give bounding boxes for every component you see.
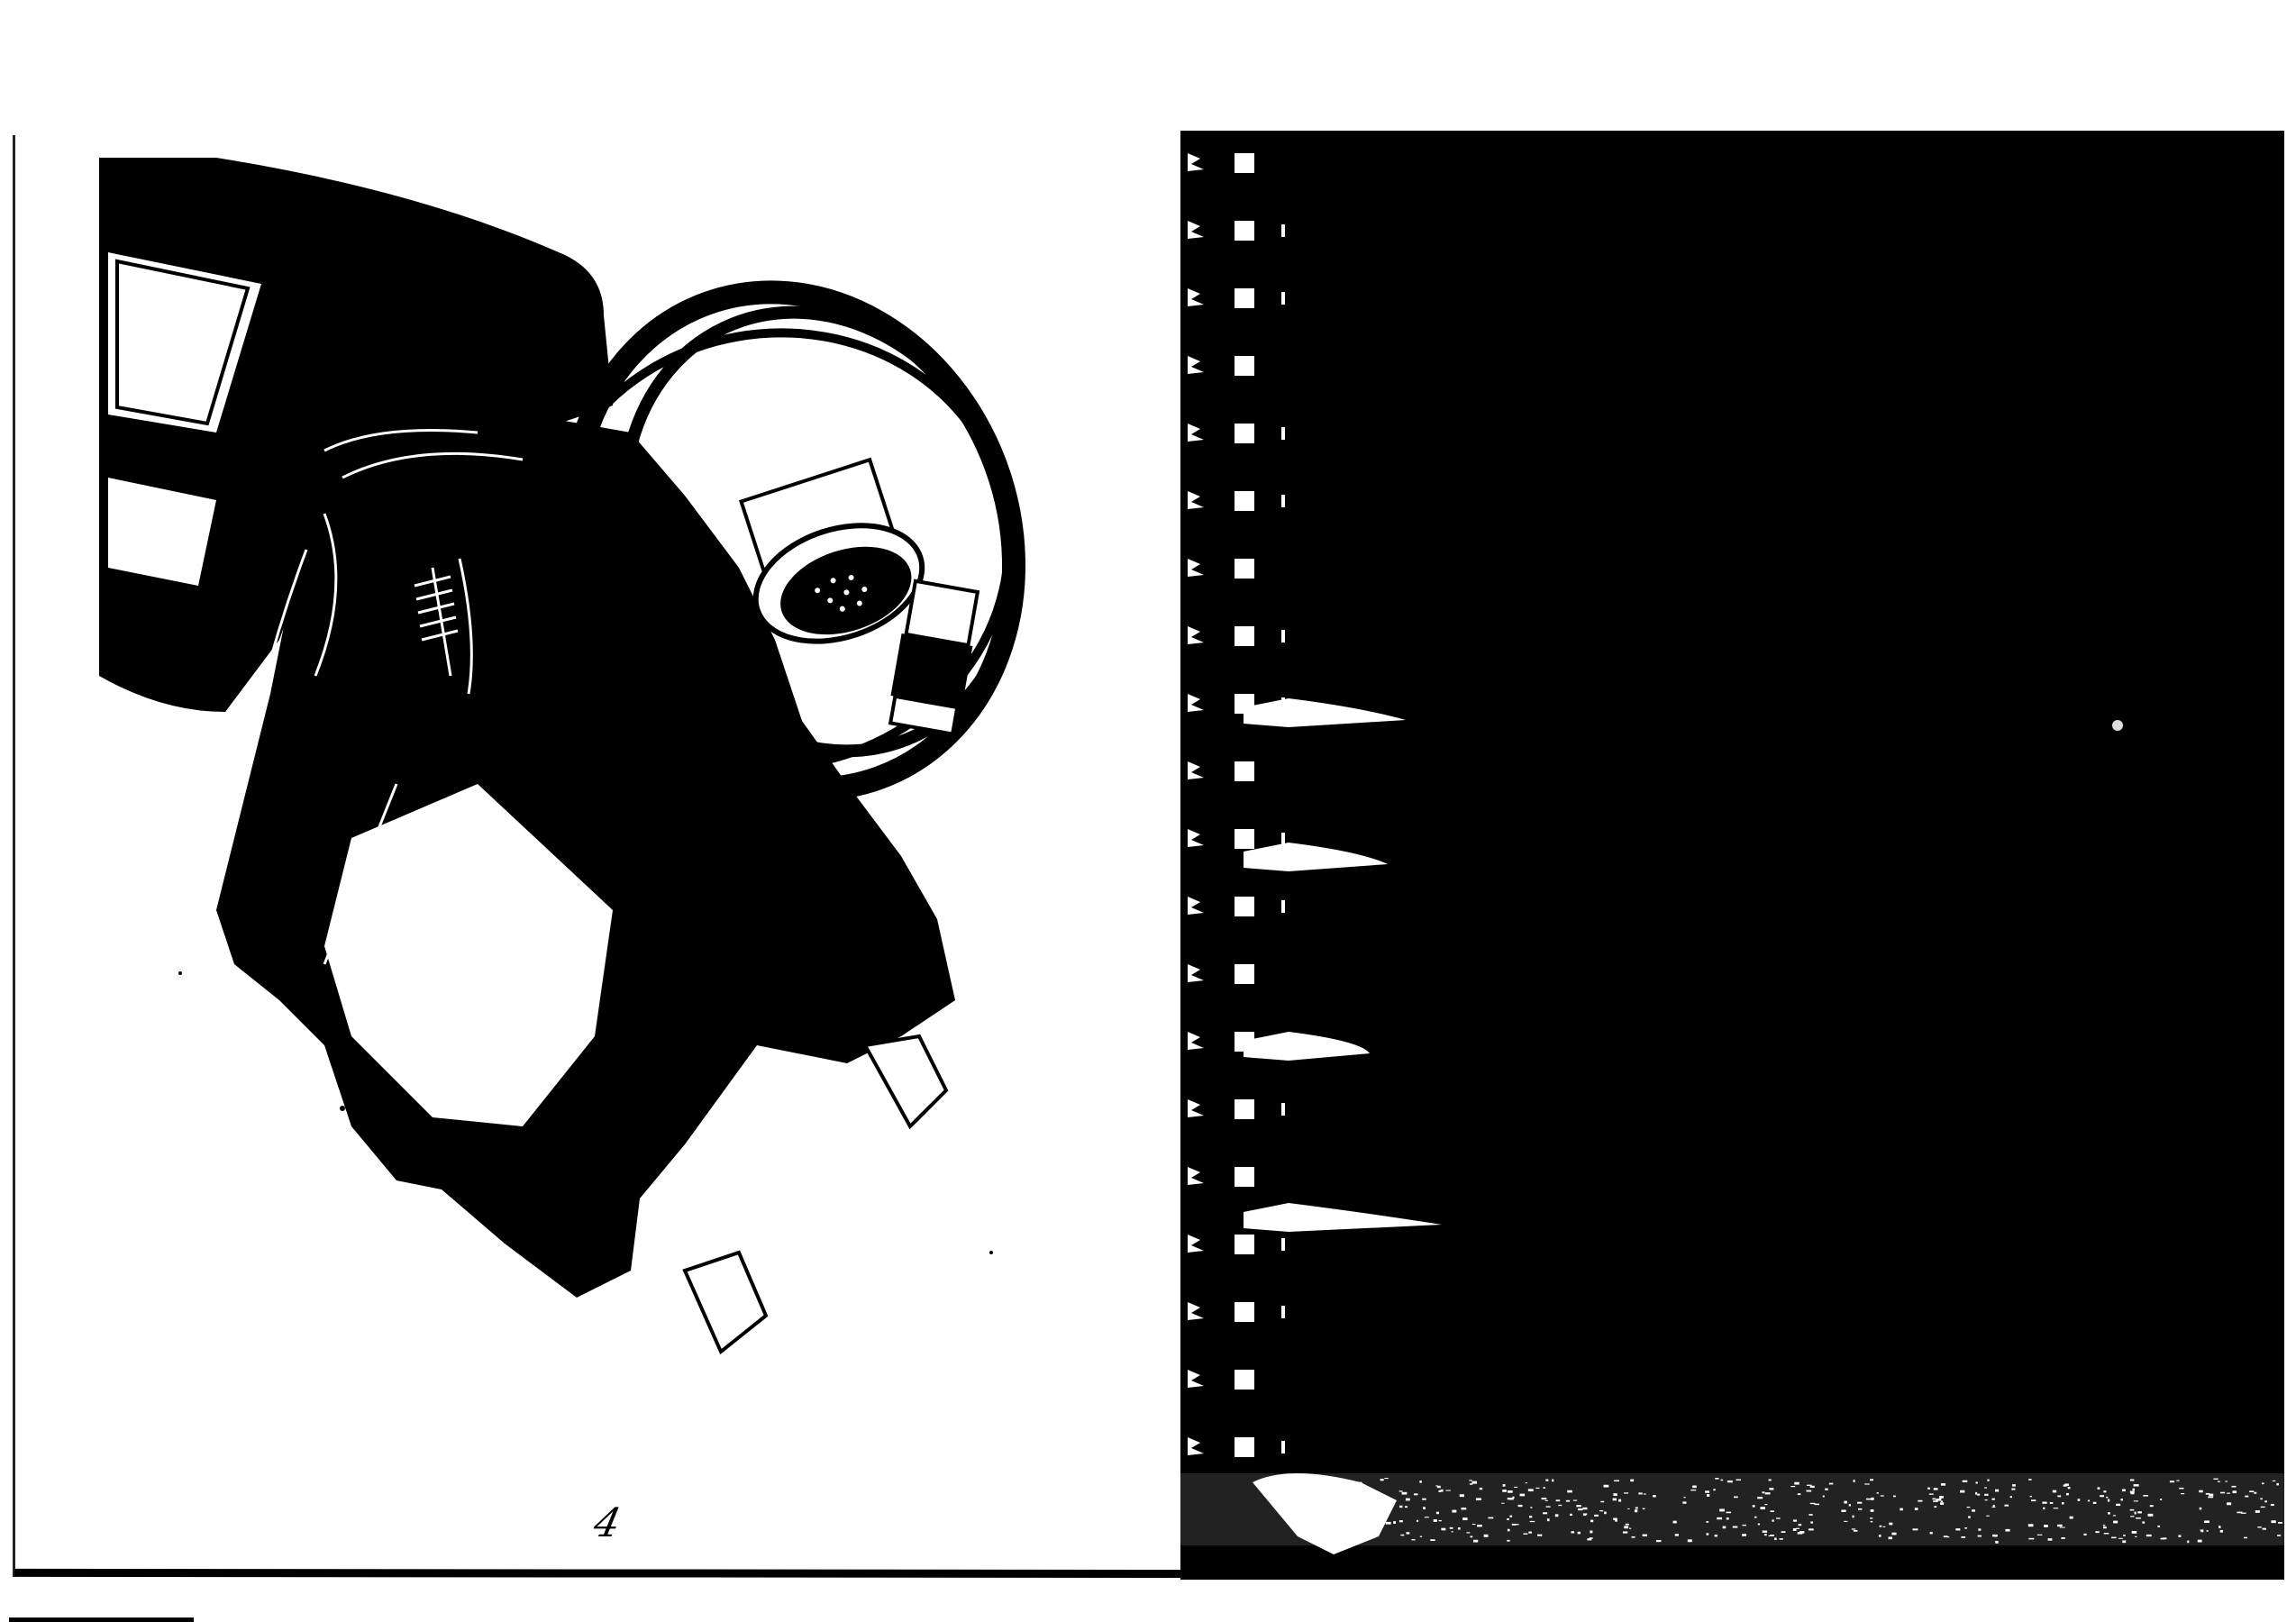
film-strip: [1180, 131, 2284, 1580]
page-edge-mark: [9, 1617, 194, 1622]
page-number: 4: [590, 1500, 625, 1546]
page-border-left: [13, 135, 15, 1577]
device-photo: [54, 135, 1081, 1415]
